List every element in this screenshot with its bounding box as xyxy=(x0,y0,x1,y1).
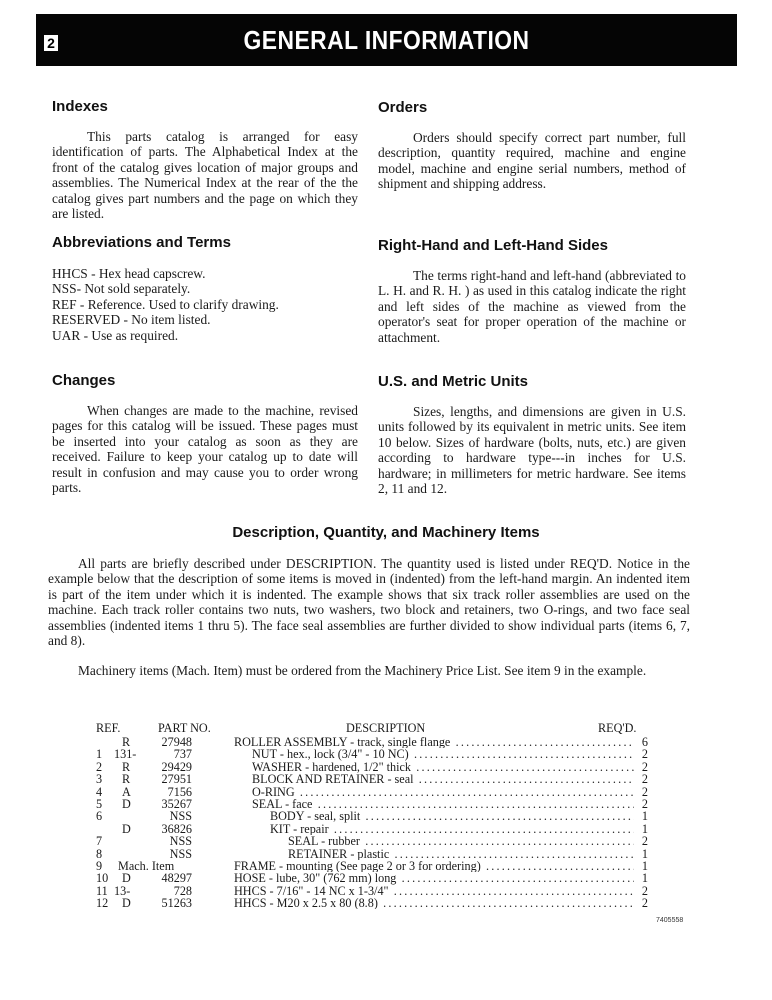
table-body: R27948ROLLER ASSEMBLY - track, single fl… xyxy=(96,736,656,909)
ref-cell: 12 xyxy=(96,897,118,909)
leader-dots: ........................................… xyxy=(481,860,634,872)
table-row: 10D48297HOSE - lube, 30" (762 mm) long .… xyxy=(96,872,656,884)
abbreviation-item: UAR - Use as required. xyxy=(52,328,358,343)
description-cell: HHCS - M20 x 2.5 x 80 (8.8) ............… xyxy=(234,897,634,909)
leader-dots: ........................................… xyxy=(329,823,634,835)
description-cell: SEAL - rubber ..........................… xyxy=(234,835,634,847)
leader-dots: ........................................… xyxy=(295,786,634,798)
quantity-cell: 2 xyxy=(634,748,648,760)
description-cell: WASHER - hardened, 1/2" thick ..........… xyxy=(234,761,634,773)
quantity-cell: 1 xyxy=(634,810,648,822)
leader-dots: ........................................… xyxy=(414,773,634,785)
description-cell: KIT - repair ...........................… xyxy=(234,823,634,835)
section-title: Indexes xyxy=(52,98,358,116)
part-number-cell: 27951 xyxy=(144,773,192,785)
section-text: Orders should specify correct part numbe… xyxy=(378,130,686,192)
header-reqd: REQ'D. xyxy=(598,722,636,734)
part-number-cell: 737 xyxy=(144,748,192,760)
description-paragraph-2: Machinery items (Mach. Item) must be ord… xyxy=(48,663,690,678)
section-title: U.S. and Metric Units xyxy=(378,373,686,391)
abbreviation-item: RESERVED - No item listed. xyxy=(52,312,358,327)
description-cell: HHCS - 7/16" - 14 NC x 1-3/4" ..........… xyxy=(234,885,634,897)
description-text: ROLLER ASSEMBLY - track, single flange xyxy=(234,736,450,748)
page-header-bar: 2 GENERAL INFORMATION xyxy=(36,14,737,66)
leader-dots: ........................................… xyxy=(450,736,634,748)
document-id: 7405558 xyxy=(656,917,683,924)
ref-cell: 10 xyxy=(96,872,118,884)
section-indexes: Indexes This parts catalog is arranged f… xyxy=(52,98,358,221)
quantity-cell: 2 xyxy=(634,897,648,909)
description-cell: NUT - hex., lock (3/4" - 10 NC) ........… xyxy=(234,748,634,760)
leader-dots: ........................................… xyxy=(411,761,634,773)
leader-dots: ........................................… xyxy=(378,897,634,909)
description-text: WASHER - hardened, 1/2" thick xyxy=(252,761,411,773)
ref-cell: 6 xyxy=(96,810,118,822)
quantity-cell: 1 xyxy=(634,872,648,884)
description-cell: FRAME - mounting (See page 2 or 3 for or… xyxy=(234,860,634,872)
description-cell: ROLLER ASSEMBLY - track, single flange .… xyxy=(234,736,634,748)
description-text: SEAL - face xyxy=(252,798,312,810)
leader-dots: ........................................… xyxy=(389,848,634,860)
part-number-cell: NSS xyxy=(144,835,192,847)
description-text: NUT - hex., lock (3/4" - 10 NC) xyxy=(252,748,409,760)
description-cell: BODY - seal, split .....................… xyxy=(234,810,634,822)
description-text: KIT - repair xyxy=(270,823,329,835)
description-text: BODY - seal, split xyxy=(270,810,360,822)
section-abbreviations: Abbreviations and Terms HHCS - Hex head … xyxy=(52,234,358,343)
description-cell: HOSE - lube, 30" (762 mm) long .........… xyxy=(234,872,634,884)
table-header: REF. PART NO. DESCRIPTION REQ'D. xyxy=(96,722,656,736)
leader-dots: ........................................… xyxy=(312,798,634,810)
section-text: This parts catalog is arranged for easy … xyxy=(52,129,358,221)
page-number: 2 xyxy=(44,35,58,51)
parts-table: REF. PART NO. DESCRIPTION REQ'D. R27948R… xyxy=(96,722,656,909)
part-number-cell: 48297 xyxy=(144,872,192,884)
section-text: The terms right-hand and left-hand (abbr… xyxy=(378,268,686,345)
leader-dots: ........................................… xyxy=(409,748,634,760)
table-row: 3R27951BLOCK AND RETAINER - seal .......… xyxy=(96,773,656,785)
part-prefix-cell: 131- xyxy=(114,748,144,760)
leader-dots: ........................................… xyxy=(396,872,634,884)
leader-dots: ........................................… xyxy=(360,810,634,822)
description-text: BLOCK AND RETAINER - seal xyxy=(252,773,414,785)
description-text: O-RING xyxy=(252,786,295,798)
header-description: DESCRIPTION xyxy=(346,722,425,734)
description-cell: SEAL - face ............................… xyxy=(234,798,634,810)
ref-cell: 3 xyxy=(96,773,118,785)
table-row: 8NSSRETAINER - plastic .................… xyxy=(96,848,656,860)
table-row: 1131-737NUT - hex., lock (3/4" - 10 NC) … xyxy=(96,748,656,760)
description-text: FRAME - mounting (See page 2 or 3 for or… xyxy=(234,860,481,872)
description-paragraph-1: All parts are briefly described under DE… xyxy=(48,556,690,648)
section-sides: Right-Hand and Left-Hand Sides The terms… xyxy=(378,237,686,345)
section-text: Sizes, lengths, and dimensions are given… xyxy=(378,404,686,496)
table-row: 7NSSSEAL - rubber ......................… xyxy=(96,835,656,847)
description-cell: BLOCK AND RETAINER - seal ..............… xyxy=(234,773,634,785)
description-text: RETAINER - plastic xyxy=(288,848,389,860)
description-text: SEAL - rubber xyxy=(288,835,360,847)
table-row: 12D51263HHCS - M20 x 2.5 x 80 (8.8) ....… xyxy=(96,897,656,909)
description-cell: O-RING .................................… xyxy=(234,786,634,798)
section-orders: Orders Orders should specify correct par… xyxy=(378,99,686,192)
quantity-cell: 2 xyxy=(634,773,648,785)
abbreviation-item: HHCS - Hex head capscrew. xyxy=(52,266,358,281)
part-number-cell: NSS xyxy=(144,810,192,822)
table-row: 6NSSBODY - seal, split .................… xyxy=(96,810,656,822)
abbreviation-item: REF - Reference. Used to clarify drawing… xyxy=(52,297,358,312)
description-text: HHCS - M20 x 2.5 x 80 (8.8) xyxy=(234,897,378,909)
leader-dots: ........................................… xyxy=(389,885,634,897)
description-text: HOSE - lube, 30" (762 mm) long xyxy=(234,872,396,884)
header-part-no: PART NO. xyxy=(158,722,211,734)
description-text: HHCS - 7/16" - 14 NC x 1-3/4" xyxy=(234,885,389,897)
section-title: Orders xyxy=(378,99,686,117)
section-text: When changes are made to the machine, re… xyxy=(52,403,358,495)
leader-dots: ........................................… xyxy=(360,835,634,847)
description-cell: RETAINER - plastic .....................… xyxy=(234,848,634,860)
section-title: Changes xyxy=(52,372,358,390)
section-description: All parts are briefly described under DE… xyxy=(48,556,690,679)
section-units: U.S. and Metric Units Sizes, lengths, an… xyxy=(378,373,686,496)
abbreviation-item: NSS- Not sold separately. xyxy=(52,281,358,296)
section-title: Right-Hand and Left-Hand Sides xyxy=(378,237,686,255)
page-title: GENERAL INFORMATION xyxy=(78,25,695,56)
quantity-cell: 2 xyxy=(634,835,648,847)
section-title: Abbreviations and Terms xyxy=(52,234,358,252)
ref-cell: 7 xyxy=(96,835,118,847)
abbreviation-list: HHCS - Hex head capscrew. NSS- Not sold … xyxy=(52,266,358,343)
section-title-description: Description, Quantity, and Machinery Ite… xyxy=(36,524,736,541)
section-changes: Changes When changes are made to the mac… xyxy=(52,372,358,495)
header-ref: REF. xyxy=(96,722,120,734)
part-number-cell: 51263 xyxy=(144,897,192,909)
